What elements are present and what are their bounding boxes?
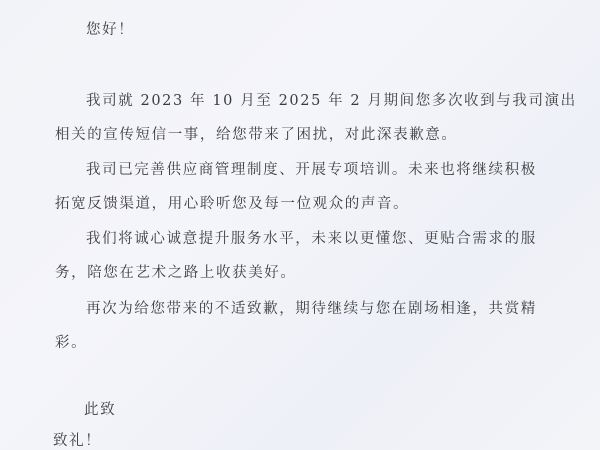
closing: 此致 [84,401,116,419]
paragraph-line: 我司已完善供应商管理制度、开展专项培训。未来也将继续积极 [86,161,537,179]
paragraph-line: 我们将诚心诚意提升服务水平，未来以更懂您、更贴合需求的服 [86,230,537,248]
greeting: 您好！ [86,21,134,39]
paragraph-line: 拓宽反馈渠道，用心聆听您及每一位观众的声音。 [55,195,409,213]
paragraph-line: 我司就 2023 年 10 月至 2025 年 2 月期间您多次收到与我司演出 [86,92,577,110]
paragraph-line: 再次为给您带来的不适致歉，期待继续与您在剧场相逢，共赏精 [86,300,537,318]
letter-page: 您好！ 我司就 2023 年 10 月至 2025 年 2 月期间您多次收到与我… [0,0,600,450]
paragraph-line: 相关的宣传短信一事，给您带来了困扰，对此深表歉意。 [55,126,458,144]
paragraph-line: 务，陪您在艺术之路上收获美好。 [55,264,297,282]
paragraph-line: 彩。 [55,334,87,352]
salutation: 致礼！ [53,432,101,450]
